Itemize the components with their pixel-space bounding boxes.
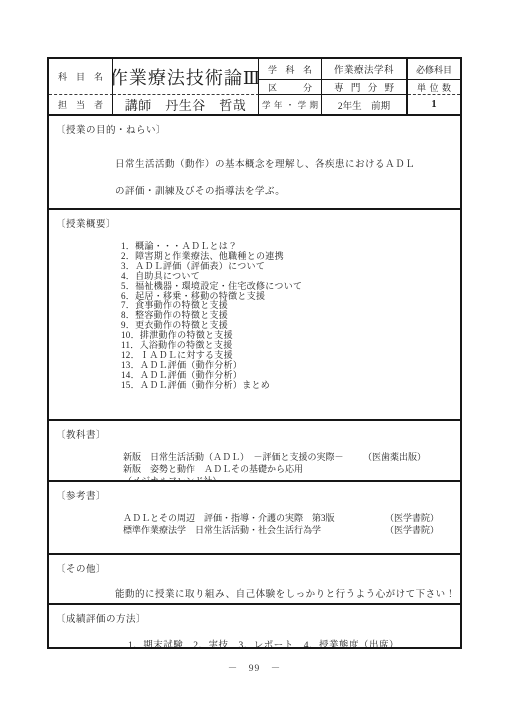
book-publisher: （医学書院）: [385, 525, 439, 535]
section-grading: 〔成績評価の方法〕 1．期末試験 2．実技 3．レポート 4．授業態度（出席）: [49, 603, 460, 647]
subject-title: 作業療法技術論Ⅲ: [113, 59, 259, 95]
book-title: 新版 姿勢と動作 ＡＤＬその基礎から応用: [123, 463, 363, 475]
reference-list: ＡＤＬとその周辺 評価・指導・介護の実際 第3版（医学書院） 標準作業療法学 日…: [49, 512, 460, 536]
section-overview: 〔授業概要〕 1．概論・・・ＡＤＬとは？ 2．障害期と作業療法、他職種との連携 …: [49, 208, 460, 419]
credits-label-cell: 単位数: [408, 80, 460, 95]
aims-line: の評価・訓練及びその指導法を学ぶ。: [115, 179, 460, 206]
instructor-value: 講師 丹生谷 哲哉: [113, 95, 259, 114]
category-value: 専門分野: [322, 80, 406, 94]
required-course-cell: 必修科目: [408, 59, 460, 80]
section-textbooks: 〔教科書〕 新版 日常生活活動（ＡＤＬ） －評価と支援の実際－（医歯薬出版） 新…: [49, 419, 460, 480]
category-label-cell: 区分: [259, 80, 322, 95]
instructor-label: 担当者: [49, 98, 112, 111]
department-label-cell: 学科名: [259, 59, 322, 80]
subject-label-cell: 科目名: [49, 59, 113, 95]
department-label: 学科名: [259, 63, 321, 76]
textbook-entry: 新版 日常生活活動（ＡＤＬ） －評価と支援の実際－（医歯薬出版）: [123, 451, 460, 463]
aims-body: 日常生活活動（動作）の基本概念を理解し、各疾患におけるＡＤＬ の評価・訓練及びそ…: [49, 152, 460, 206]
grading-methods: 1．期末試験 2．実技 3．レポート 4．授業態度（出席）: [49, 637, 460, 647]
other-note: 能動的に授業に取り組み、自己体験をしっかりと行うよう心がけて下さい！: [49, 586, 460, 600]
aims-section-title: 〔授業の目的・ねらい〕: [49, 122, 460, 136]
book-publisher: （医歯薬出版）: [363, 452, 426, 462]
section-other: 〔その他〕 能動的に授業に取り組み、自己体験をしっかりと行うよう心がけて下さい！: [49, 553, 460, 603]
section-references: 〔参考書〕 ＡＤＬとその周辺 評価・指導・介護の実際 第3版（医学書院） 標準作…: [49, 480, 460, 553]
subject-label: 科目名: [49, 70, 112, 83]
grading-section-title: 〔成績評価の方法〕: [49, 611, 460, 625]
year-term-value: 2年生 前期: [322, 95, 408, 114]
book-title: ＡＤＬとその周辺 評価・指導・介護の実際 第3版: [123, 512, 385, 524]
book-title: 標準作業療法学 日常生活活動・社会生活行為学: [123, 524, 385, 536]
year-term-label-cell: 学年・学期: [259, 95, 322, 114]
required-course-label: 必修科目: [408, 63, 460, 76]
textbook-entry: 新版 姿勢と動作 ＡＤＬその基礎から応用（メジカルフレンド社）: [123, 463, 460, 480]
department-value: 作業療法学科: [322, 59, 408, 80]
aims-line: 日常生活活動（動作）の基本概念を理解し、各疾患におけるＡＤＬ: [115, 152, 460, 179]
other-section-title: 〔その他〕: [49, 561, 460, 575]
reference-entry: 標準作業療法学 日常生活活動・社会生活行為学（医学書院）: [123, 524, 460, 536]
syllabus-sheet: 科目名 作業療法技術論Ⅲ 学科名 作業療法学科 必修科目 区分 専門分野 単位数…: [47, 57, 462, 649]
syllabus-page: 科目名 作業療法技術論Ⅲ 学科名 作業療法学科 必修科目 区分 専門分野 単位数…: [0, 0, 509, 720]
textbook-list: 新版 日常生活活動（ＡＤＬ） －評価と支援の実際－（医歯薬出版） 新版 姿勢と動…: [49, 451, 460, 480]
page-number: － 99 －: [0, 660, 509, 674]
list-item: 15．ＡＤＬ評価（動作分析）まとめ: [121, 381, 460, 391]
section-aims: 〔授業の目的・ねらい〕 日常生活活動（動作）の基本概念を理解し、各疾患におけるＡ…: [49, 114, 460, 208]
book-publisher: （医学書院）: [385, 513, 439, 523]
credits-value: 1: [408, 95, 460, 114]
references-section-title: 〔参考書〕: [49, 488, 460, 502]
overview-section-title: 〔授業概要〕: [49, 216, 460, 230]
category-label: 区分: [259, 81, 321, 94]
header-table: 科目名 作業療法技術論Ⅲ 学科名 作業療法学科 必修科目 区分 専門分野 単位数…: [49, 59, 460, 114]
book-title: 新版 日常生活活動（ＡＤＬ） －評価と支援の実際－: [123, 451, 363, 463]
instructor-label-cell: 担当者: [49, 95, 113, 114]
category-value-cell: 専門分野: [322, 80, 408, 95]
credits-label: 単位数: [408, 81, 460, 94]
year-term-label: 学年・学期: [259, 99, 321, 111]
overview-list: 1．概論・・・ＡＤＬとは？ 2．障害期と作業療法、他職種との連携 3．ＡＤＬ評価…: [49, 242, 460, 391]
reference-entry: ＡＤＬとその周辺 評価・指導・介護の実際 第3版（医学書院）: [123, 512, 460, 524]
textbooks-section-title: 〔教科書〕: [49, 427, 460, 441]
